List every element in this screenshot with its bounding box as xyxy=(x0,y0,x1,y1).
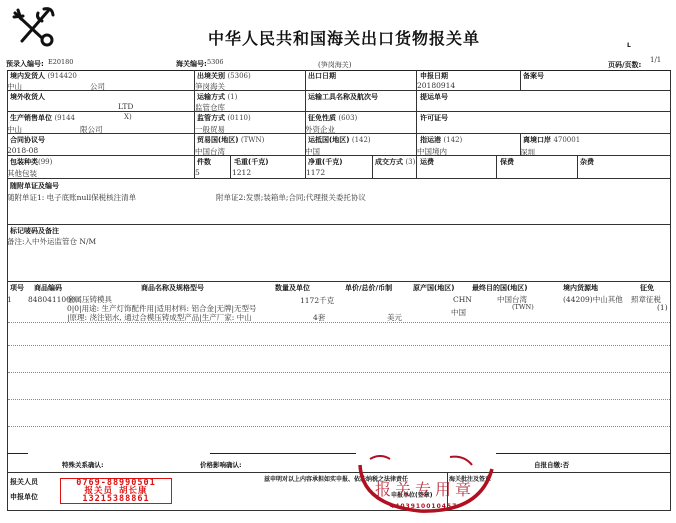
net-weight-label: 净重(千克) xyxy=(308,157,342,167)
customs-declaration-seal: 报关专用章 4403910010457 xyxy=(350,455,500,519)
levy-code: (1) xyxy=(657,303,668,312)
freight-label: 运费 xyxy=(420,157,434,167)
source: (44209)中山其他 xyxy=(563,294,623,305)
transport-mode-value: 监管仓库 xyxy=(195,102,225,113)
package-type-label: 包装种类(99) xyxy=(10,157,52,167)
self-pay: 自报自缴:否 xyxy=(534,460,569,469)
exit-port-value: 深圳 xyxy=(520,147,535,158)
customs-no-label: 海关编号: xyxy=(176,59,207,69)
license-no-label: 许可证号 xyxy=(420,113,448,123)
pieces-label: 件数 xyxy=(197,157,211,167)
exit-port-label: 离境口岸 470001 xyxy=(523,135,580,145)
port-dest-label: 指运港 (142) xyxy=(420,135,462,145)
pieces-value: 5 xyxy=(195,168,200,177)
trade-country-label: 贸易国(地区) (TWN) xyxy=(197,135,264,145)
seal-text: 报关专用章 xyxy=(375,477,475,500)
vessel-label: 运输工具名称及航次号 xyxy=(308,92,378,102)
goods-header-name: 商品名称及规格型号 xyxy=(141,283,204,293)
remarks-value: 备注:入中外运监管仓 N/M xyxy=(7,236,96,247)
port-dest-value: 中国境内 xyxy=(417,146,447,157)
supervision-mode-value: 一般贸易 xyxy=(195,124,225,135)
page-label: 页码/页数: xyxy=(608,60,641,70)
domestic-shipper-label: 境内发货人 (914420 xyxy=(10,71,77,81)
special-relation: 特殊关系确认: xyxy=(62,460,104,469)
pre-entry-value: E20180 xyxy=(48,58,73,66)
overseas-consignee-label: 境外收货人 xyxy=(10,92,45,102)
goods-header-price: 单价/总价/币制 xyxy=(345,283,392,293)
goods-header-dest: 最终目的国(地区) xyxy=(472,283,527,293)
producer-value: 中山 xyxy=(7,124,22,135)
corner-mark: L xyxy=(627,42,631,49)
declare-date-value: 20180914 xyxy=(417,81,455,90)
producer-code2: X) xyxy=(124,113,132,121)
price-influence: 价格影响确认: xyxy=(200,460,242,469)
package-type-value: 其他包装 xyxy=(7,168,37,179)
contract-no-value: 2018-08 xyxy=(7,146,38,155)
export-date-label: 出口日期 xyxy=(308,71,336,81)
page-title: 中华人民共和国海关出口货物报关单 xyxy=(208,26,480,49)
customs-no-value: 5306 xyxy=(207,58,224,66)
record-no-label: 备案号 xyxy=(523,71,544,81)
goods-header-qty: 数量及单位 xyxy=(275,283,310,293)
declarant-label: 报关人员 xyxy=(10,477,38,487)
insurance-label: 保费 xyxy=(500,157,514,167)
document-1: 随附单证1: 电子底账null保税核注清单 xyxy=(7,192,136,203)
supervision-mode-label: 监管方式 (0110) xyxy=(197,113,251,123)
declare-date-label: 申报日期 xyxy=(420,71,448,81)
misc-fee-label: 杂费 xyxy=(580,157,594,167)
dest-country-value: 中国 xyxy=(305,146,320,157)
customs-name: (笋岗海关) xyxy=(318,60,351,70)
qty-1: 1172千克 xyxy=(300,295,334,306)
goods-header-source: 境内货源地 xyxy=(563,283,598,293)
gross-weight-label: 毛重(千克) xyxy=(234,157,268,167)
gross-weight-value: 1212 xyxy=(232,168,251,177)
declaring-unit-label: 申报单位 xyxy=(10,492,38,502)
dest-code: (TWN) xyxy=(512,303,534,311)
transaction-mode-label: 成交方式 (3) xyxy=(375,157,415,167)
dest-country-label: 运抵国(地区) (142) xyxy=(308,135,371,145)
transport-mode-label: 运输方式 (1) xyxy=(197,92,237,102)
trade-country-value: 中国台湾 xyxy=(195,146,225,157)
levy-nature-label: 征免性质 (603) xyxy=(308,113,357,123)
remarks-label: 标记唛码及备注 xyxy=(10,226,59,236)
documents-label: 随附单证及编号 xyxy=(10,181,59,191)
producer-label: 生产销售单位 (9144 xyxy=(10,113,75,123)
pre-entry-label: 预录入编号: xyxy=(6,59,44,69)
goods-header-hs-code: 商品编码 xyxy=(34,283,62,293)
goods-header-levy: 征免 xyxy=(640,283,654,293)
origin: 中国 xyxy=(451,307,466,318)
contract-no-label: 合同协议号 xyxy=(10,135,45,145)
goods-header-item-no: 项号 xyxy=(10,283,24,293)
seal-number: 4403910010457 xyxy=(390,503,457,510)
declarant-stamp: 0769-88990501 报关员 胡长康 13215388861 xyxy=(60,478,172,504)
overseas-consignee-value: LTD xyxy=(118,102,133,111)
domestic-shipper-value: 中山 xyxy=(7,81,22,92)
exit-customs-label: 出境关别 (5306) xyxy=(197,71,251,81)
origin-code: CHN xyxy=(453,295,472,304)
producer-value2: 限公司 xyxy=(80,124,103,135)
document-2: 附单证2:发票;装箱单;合同;代理报关委托协议 xyxy=(216,192,366,203)
net-weight-value: 1172 xyxy=(306,168,325,177)
goods-header-origin: 原产国(地区) xyxy=(413,283,454,293)
exit-customs-value: 笋岗海关 xyxy=(195,81,225,92)
customs-emblem-icon xyxy=(10,5,55,47)
bill-no-label: 提运单号 xyxy=(420,92,448,102)
domestic-shipper-value2: 公司 xyxy=(90,81,105,92)
item-no: 1 xyxy=(7,295,12,304)
page-value: 1/1 xyxy=(650,56,661,64)
levy-nature-value: 外资企业 xyxy=(305,124,335,135)
